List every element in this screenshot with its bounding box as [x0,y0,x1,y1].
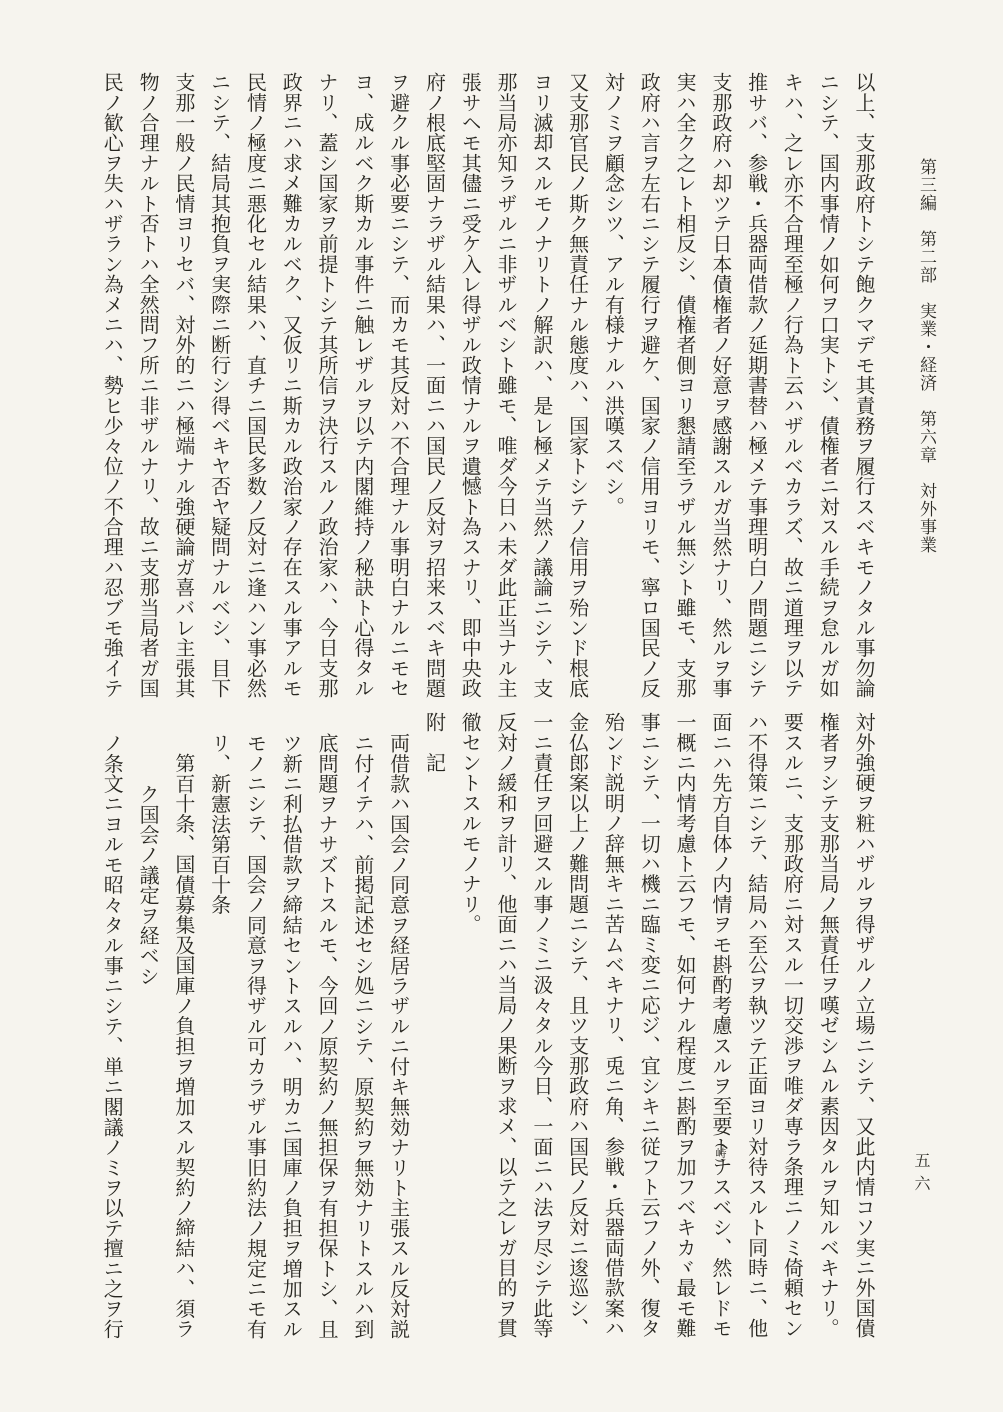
text-column: 府ノ根底堅固ナラザル結果ハ、一面ニハ国民ノ反対ヲ招来スベキ問題 [416,72,452,752]
text-column: 対ノミヲ顧念シツ、アル有様ナルハ洪嘆スベシ。 [595,72,631,752]
text-column: 又支那官民ノ斯ク無責任ナル態度ハ、国家トシテノ信用ヲ殆ンド根底 [559,72,595,752]
scanned-book-page: 第三編 第二部 実業・経済 第六章 対外事業 以上、支那政府トシテ飽クマデモ其責… [0,0,1003,1412]
bottom-text-block: 対外強硬ヲ粧ハザルヲ得ザルノ立場ニシテ、又此内情コソ実ニ外国債権者ヲシテ支那当局… [93,712,881,1392]
text-column: 底問題ヲナサズトスルモ、今回ノ原契約ノ無担保ヲ有担保トシ、且 [308,712,344,1392]
text-column: 一概ニ内情考慮ト云フモ、如何ナル程度ニ斟酌ヲ加フベキカヾ最モ難 [666,712,702,1392]
top-text-block: 以上、支那政府トシテ飽クマデモ其責務ヲ履行スベキモノタル事勿論ニシテ、国内事情ノ… [93,72,881,752]
inline-correction-note: (峙) [715,1143,727,1163]
text-column: 民ノ歓心ヲ失ハザラン為メニハ、勢ヒ少々位ノ不合理ハ忍ブモ強イテ [93,72,129,752]
text-column: 反対ノ緩和ヲ計リ、他面ニハ当局ノ果断ヲ求メ、以テ之レガ目的ヲ貫 [487,712,523,1392]
text-column: 張サヘモ其儘ニ受ケ入レ得ザル政情ナルヲ遺憾ト為スナリ、即中央政 [451,72,487,752]
page-number: 五六 [910,1152,933,1198]
text-column: ヨリ滅却スルモノナリトノ解訳ハ、是レ極メテ当然ノ議論ニシテ、支 [523,72,559,752]
text-column: 実ハ全ク之レト相反シ、債権者側ヨリ懇請至ラザル無シト雖モ、支那 [666,72,702,752]
text-column: ヲ避クル事必要ニシテ、而カモ其反対ハ不合理ナル事明白ナルニモセ [380,72,416,752]
text-column: ハ不得策ニシテ、結局ハ至公ヲ執ツテ正面ヨリ対待(峙)スルト同時ニ、他 [738,712,774,1392]
text-column: ノ条文ニヨルモ昭々タル事ニシテ、単ニ閣議ノミヲ以テ擅ニ之ヲ行 [93,712,129,1392]
text-column: 物ノ合理ナルト否トハ全然問フ所ニ非ザルナリ、故ニ支那当局者ガ国 [129,72,165,752]
text-column: ツ新ニ利払借款ヲ締結セントスルハ、明カニ国庫ノ負担ヲ増加スル [272,712,308,1392]
text-column: キハ、之レ亦不合理至極ノ行為ト云ハザルベカラズ、故ニ道理ヲ以テ [774,72,810,752]
text-column: 事ニシテ、一切ハ機ニ臨ミ変ニ応ジ、宜シキニ従フト云フノ外、復タ [630,712,666,1392]
text-column: ヨ、成ルベク斯カル事件ニ触レザルヲ以テ内閣維持ノ秘訣ト心得タル [344,72,380,752]
text-column: 民情ノ極度ニ悪化セル結果ハ、直チニ国民多数ノ反対ニ逢ハン事必然 [237,72,273,752]
text-column: 政府ハ言ヲ左右ニシテ履行ヲ避ケ、国家ノ信用ヨリモ、寧ロ国民ノ反 [630,72,666,752]
text-column: 支那一般ノ民情ヨリセバ、対外的ニハ極端ナル強硬論ガ喜バレ主張其 [165,72,201,752]
text-column: 権者ヲシテ支那当局ノ無責任ヲ嘆ゼシムル素因タルヲ知ルベキナリ。 [809,712,845,1392]
text-column: 要スルニ、支那政府ニ対スル一切交渉ヲ唯ダ専ラ条理ニノミ倚頼セン [774,712,810,1392]
text-column: 推サバ、参戦・兵器両借款ノ延期書替ハ極メテ事理明白ノ問題ニシテ [738,72,774,752]
text-column: リ、新憲法第百十条 [201,712,237,1392]
text-column: ナリ、蓋シ国家ヲ前提トシテ其所信ヲ決行スルノ政治家ハ、今日支那 [308,72,344,752]
text-column: 那当局亦知ラザルニ非ザルベシト雖モ、唯ダ今日ハ未ダ此正当ナル主 [487,72,523,752]
text-column: 以上、支那政府トシテ飽クマデモ其責務ヲ履行スベキモノタル事勿論 [845,72,881,752]
text-column: 一ニ責任ヲ回避スル事ノミニ汲々タル今日、一面ニハ法ヲ尽シテ此等 [523,712,559,1392]
text-column: 両借款ハ国会ノ同意ヲ経居ラザルニ付キ無効ナリト主張スル反対説 [380,712,416,1392]
text-column: 第百十条、国債募集及国庫ノ負担ヲ増加スル契約ノ締結ハ、須ラ [165,712,201,1392]
text-column: 金仏郎案以上ノ難問題ニシテ、且ツ支那政府ハ国民ノ反対ニ逡巡シ、 [559,712,595,1392]
text-column: 附 記 [416,712,452,1392]
text-column: ニ付イテハ、前掲記述セシ処ニシテ、原契約ヲ無効ナリトスルハ到 [344,712,380,1392]
text-column: ニシテ、結局其抱負ヲ実際ニ断行シ得ベキヤ否ヤ疑問ナルベシ、目下 [201,72,237,752]
text-column: 殆ンド説明ノ辞無キニ苦ムベキナリ、兎ニ角、参戦・兵器両借款案ハ [595,712,631,1392]
text-column: 支那政府ハ却ツテ日本債権者ノ好意ヲ感謝スルガ当然ナリ、然ルヲ事 [702,72,738,752]
text-column: 対外強硬ヲ粧ハザルヲ得ザルノ立場ニシテ、又此内情コソ実ニ外国債 [845,712,881,1392]
text-column: モノニシテ、国会ノ同意ヲ得ザル可カラザル事旧約法ノ規定ニモ有 [237,712,273,1392]
text-column: ク国会ノ議定ヲ経ベシ [129,712,165,1392]
running-head: 第三編 第二部 実業・経済 第六章 対外事業 [914,158,939,554]
text-column: 政界ニハ求メ難カルベク、又仮リニ斯カル政治家ノ存在スル事アルモ [272,72,308,752]
text-column: 面ニハ先方自体ノ内情ヲモ斟酌考慮スルヲ至要トナスベシ、然レドモ [702,712,738,1392]
text-column: 徹セントスルモノナリ。 [451,712,487,1392]
text-column: ニシテ、国内事情ノ如何ヲ口実トシ、債権者ニ対スル手続ヲ怠ルガ如 [809,72,845,752]
